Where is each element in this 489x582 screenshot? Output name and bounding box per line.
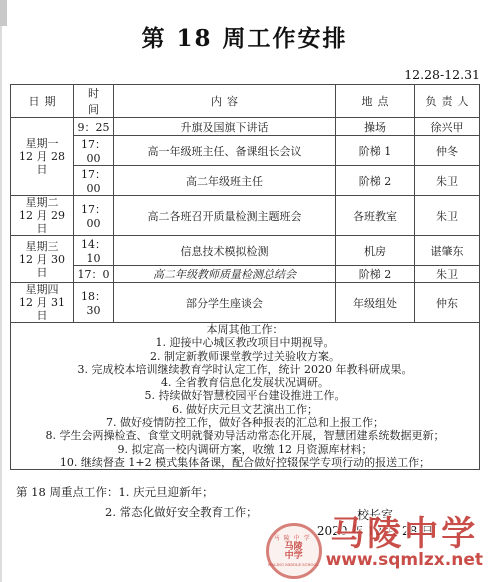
watermark-website: www.sqmlzx.net: [326, 551, 483, 570]
table-row: 星期一 12 月 28 日 9：25 升旗及国旗下讲话 操场 徐兴甲: [11, 118, 480, 136]
person-cell: 徐兴甲: [415, 118, 480, 136]
person-cell: 朱卫: [415, 266, 480, 283]
time-cell: 9：25: [74, 118, 114, 136]
content-cell: 高二年级班主任: [114, 166, 336, 196]
place-cell: 年级组处: [336, 283, 415, 323]
table-header-row: 日期 时间 内容 地点 负责人: [11, 85, 480, 118]
place-cell: 各班教室: [336, 196, 415, 236]
other-work-cell: 本周其他工作： 1. 迎接中心城区教改项目中期视导。 2. 制定新教师课堂教学过…: [11, 323, 480, 470]
other-work-item: 7. 做好疫情防控工作，做好各种报表的汇总和上报工作；: [14, 416, 476, 429]
table-row: 17：00 高二年级班主任 阶梯 2 朱卫: [11, 166, 480, 196]
content-cell: 升旗及国旗下讲话: [114, 118, 336, 136]
person-cell: 朱卫: [415, 166, 480, 196]
document-page: 第 18 周工作安排 12.28-12.31 日期 时间 内容 地点 负责人 星…: [0, 0, 489, 582]
other-work-item: 8. 学生会两操检查、食堂文明就餐劝导活动常态化开展，智慧团建系统数据更新；: [14, 429, 476, 442]
day-label: 星期四: [14, 283, 70, 296]
content-cell: 信息技术模拟检测: [114, 236, 336, 266]
seal-arc-top: 马陵中学: [274, 535, 314, 542]
person-cell: 仲冬: [415, 136, 480, 166]
office-name: 校长室: [313, 507, 437, 523]
place-cell: 操场: [336, 118, 415, 136]
place-cell: 阶梯 1: [336, 136, 415, 166]
page-title: 第 18 周工作安排: [0, 0, 489, 53]
signature-date: 2020 年 12 月 28 日: [313, 523, 437, 539]
day-label: 星期三: [14, 240, 70, 253]
header-content: 内容: [114, 85, 336, 118]
table-row: 17：00 高一年级班主任、备课组长会议 阶梯 1 仲冬: [11, 136, 480, 166]
scan-corner-artifact: [0, 0, 7, 26]
header-place: 地点: [336, 85, 415, 118]
time-cell: 17：00: [74, 196, 114, 236]
header-date: 日期: [11, 85, 74, 118]
other-work-item: 5. 持续做好智慧校园平台建设推进工作。: [14, 389, 476, 402]
date-cell-tuesday: 星期二 12 月 29 日: [11, 196, 74, 236]
signature-block: 校长室 2020 年 12 月 28 日: [313, 507, 437, 539]
other-work-item: 10. 继续督查 1+2 模式集体备课，配合做好控辍保学专项行动的报送工作；: [14, 456, 476, 469]
date-cell-wednesday: 星期三 12 月 30 日: [11, 236, 74, 283]
time-cell: 17：00: [74, 136, 114, 166]
date-label: 12 月 31 日: [14, 296, 70, 322]
time-cell: 18：30: [74, 283, 114, 323]
scan-edge-artifact: [0, 0, 2, 582]
content-cell: 高二各班召开质量检测主题班会: [114, 196, 336, 236]
date-cell-thursday: 星期四 12 月 31 日: [11, 283, 74, 323]
other-work-item: 9. 拟定高一校内调研方案，收缴 12 月资源库材料；: [14, 443, 476, 456]
date-label: 12 月 28 日: [14, 150, 70, 176]
time-cell: 17：0: [74, 266, 114, 283]
place-cell: 机房: [336, 236, 415, 266]
table-row: 17：0 高二年级教师质量检测总结会 阶梯 2 朱卫: [11, 266, 480, 283]
seal-center: 马陵中学: [283, 543, 305, 561]
other-work-item: 3. 完成校本培训继续教育学时认定工作，统计 2020 年教科研成果。: [14, 363, 476, 376]
schedule-table: 日期 时间 内容 地点 负责人 星期一 12 月 28 日 9：25 升旗及国旗…: [10, 84, 480, 470]
table-row: 星期二 12 月 29 日 17：00 高二各班召开质量检测主题班会 各班教室 …: [11, 196, 480, 236]
place-cell: 阶梯 2: [336, 266, 415, 283]
other-work-row: 本周其他工作： 1. 迎接中心城区教改项目中期视导。 2. 制定新教师课堂教学过…: [11, 323, 480, 470]
person-cell: 谌肇东: [415, 236, 480, 266]
person-cell: 仲东: [415, 283, 480, 323]
seal-arc-bottom: MALING MIDDLE SCHOOL: [268, 562, 319, 567]
date-range: 12.28-12.31: [0, 67, 480, 82]
header-time: 时间: [74, 85, 114, 118]
header-person: 负责人: [415, 85, 480, 118]
content-cell: 部分学生座谈会: [114, 283, 336, 323]
time-cell: 17：00: [74, 166, 114, 196]
date-cell-monday: 星期一 12 月 28 日: [11, 118, 74, 196]
table-row: 星期四 12 月 31 日 18：30 部分学生座谈会 年级组处 仲东: [11, 283, 480, 323]
day-label: 星期一: [14, 137, 70, 150]
place-cell: 阶梯 2: [336, 166, 415, 196]
day-label: 星期二: [14, 196, 70, 209]
date-label: 12 月 30 日: [14, 253, 70, 279]
other-work-item: 4. 全省教育信息化发展状况调研。: [14, 376, 476, 389]
other-work-item: 2. 制定新教师课堂教学过关验收方案。: [14, 350, 476, 363]
time-cell: 14：10: [74, 236, 114, 266]
content-cell: 高一年级班主任、备课组长会议: [114, 136, 336, 166]
person-cell: 朱卫: [415, 196, 480, 236]
content-cell: 高二年级教师质量检测总结会: [114, 266, 336, 283]
other-work-item: 6. 做好庆元旦文艺演出工作；: [14, 403, 476, 416]
highlights-line-1: 第 18 周重点工作：1. 庆元旦迎新年；: [16, 485, 489, 500]
highlights-item-1: 1. 庆元旦迎新年；: [118, 485, 213, 499]
highlights-label: 第 18 周重点工作：: [16, 485, 118, 499]
other-work-item: 1. 迎接中心城区教改项目中期视导。: [14, 336, 476, 349]
date-label: 12 月 29 日: [14, 209, 70, 235]
other-work-title: 本周其他工作：: [14, 323, 476, 336]
table-row: 星期三 12 月 30 日 14：10 信息技术模拟检测 机房 谌肇东: [11, 236, 480, 266]
